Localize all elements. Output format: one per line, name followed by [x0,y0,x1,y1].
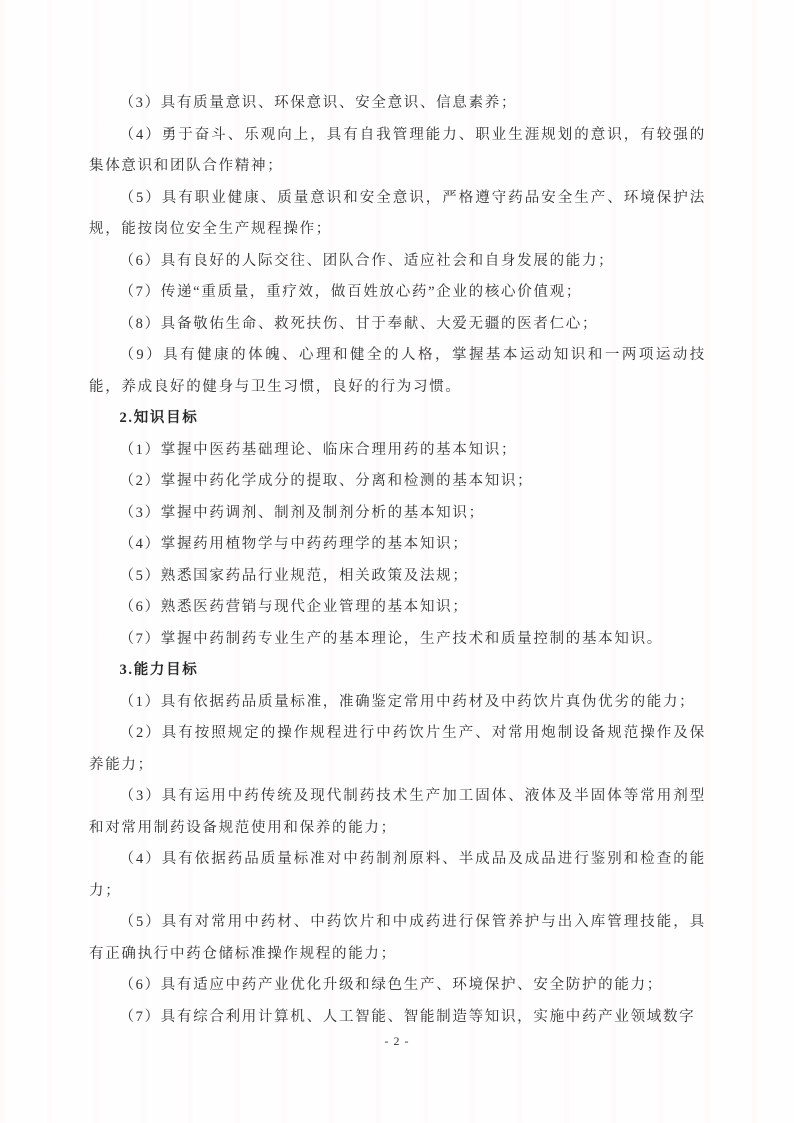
list-item: （7）掌握中药制药专业生产的基本理论，生产技术和质量控制的基本知识。 [89,624,706,656]
list-item: （9）具有健康的体魄、心理和健全的人格，掌握基本运动知识和一两项运动技能，养成良… [89,340,706,403]
list-item: （3）掌握中药调剂、制剂及制剂分析的基本知识； [89,498,706,530]
list-item: （6）熟悉医药营销与现代企业管理的基本知识； [89,592,706,624]
list-item: （8）具备敬佑生命、救死扶伤、甘于奉献、大爱无疆的医者仁心； [89,309,706,341]
list-item: （4）具有依据药品质量标准对中药制剂原料、半成品及成品进行鉴别和检查的能力； [89,844,706,907]
list-item: （5）具有职业健康、质量意识和安全意识，严格遵守药品安全生产、环境保护法规，能按… [89,183,706,246]
list-item: （1）具有依据药品质量标准，准确鉴定常用中药材及中药饮片真伪优劣的能力； [89,687,706,719]
list-item: （7）具有综合利用计算机、人工智能、智能制造等知识，实施中药产业领域数字 [89,1002,706,1034]
list-item: （6）具有适应中药产业优化升级和绿色生产、环境保护、安全防护的能力； [89,970,706,1002]
list-item: （5）具有对常用中药材、中药饮片和中成药进行保管养护与出入库管理技能，具有正确执… [89,907,706,970]
section-heading-ability-goals: 3.能力目标 [89,655,706,687]
list-item: （4）掌握药用植物学与中药药理学的基本知识； [89,529,706,561]
list-item: （7）传递“重质量，重疗效，做百姓放心药”企业的核心价值观； [89,277,706,309]
document-body-text: （3）具有质量意识、环保意识、安全意识、信息素养； （4）勇于奋斗、乐观向上，具… [89,88,706,1033]
list-item: （4）勇于奋斗、乐观向上，具有自我管理能力、职业生涯规划的意识，有较强的集体意识… [89,120,706,183]
list-item: （6）具有良好的人际交往、团队合作、适应社会和自身发展的能力； [89,246,706,278]
section-heading-knowledge-goals: 2.知识目标 [89,403,706,435]
list-item: （2）具有按照规定的操作规程进行中药饮片生产、对常用炮制设备规范操作及保养能力； [89,718,706,781]
list-item: （5）熟悉国家药品行业规范，相关政策及法规； [89,561,706,593]
page-number: - 2 - [0,1034,794,1049]
list-item: （1）掌握中医药基础理论、临床合理用药的基本知识； [89,435,706,467]
list-item: （2）掌握中药化学成分的提取、分离和检测的基本知识； [89,466,706,498]
list-item: （3）具有质量意识、环保意识、安全意识、信息素养； [89,88,706,120]
list-item: （3）具有运用中药传统及现代制药技术生产加工固体、液体及半固体等常用剂型和对常用… [89,781,706,844]
document-page: （3）具有质量意识、环保意识、安全意识、信息素养； （4）勇于奋斗、乐观向上，具… [0,0,794,1123]
